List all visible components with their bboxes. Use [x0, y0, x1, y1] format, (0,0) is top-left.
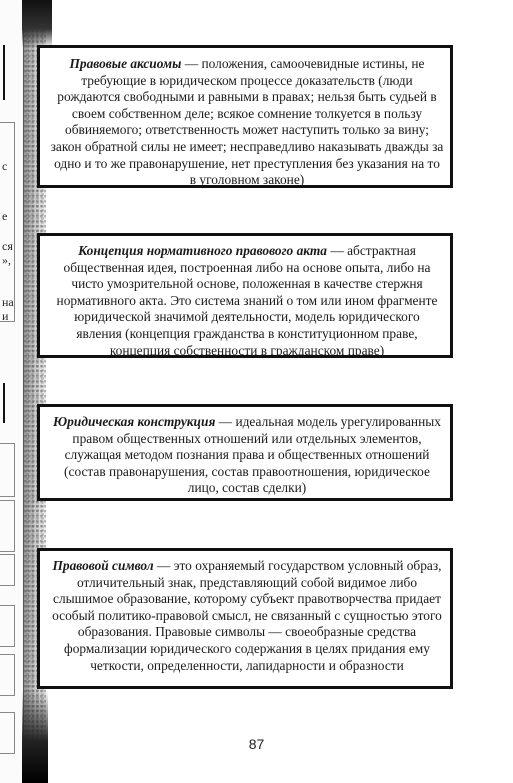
definition-term: Юридическая конструкция	[53, 414, 215, 429]
book-binding-shadow-top	[22, 0, 52, 48]
definition-term: Концепция нормативного правового акта	[78, 243, 327, 258]
definition-box-legal-axioms: Правовые аксиомы — положения, самоочевид…	[37, 45, 453, 188]
previous-page-box	[0, 500, 15, 552]
previous-page-box	[0, 443, 15, 497]
definition-term: Правовые аксиомы	[69, 56, 181, 71]
definition-text: — это охраняемый государством условный о…	[52, 558, 442, 673]
previous-page-fragment: на	[2, 296, 14, 309]
previous-page-box	[0, 554, 15, 586]
previous-page-fragment: и	[2, 310, 8, 323]
definition-box-legal-symbol: Правовой символ — это охраняемый государ…	[37, 548, 453, 689]
definition-box-normative-act-concept: Концепция нормативного правового акта — …	[37, 233, 453, 358]
previous-page-rule	[3, 45, 5, 100]
previous-page-box	[0, 605, 15, 647]
previous-page-fragment: ся	[2, 240, 13, 253]
definition-box-legal-construction: Юридическая конструкция — идеальная моде…	[37, 404, 453, 501]
previous-page-fragment: е	[2, 210, 7, 223]
previous-page-fragment: »,	[2, 254, 11, 267]
definition-term: Правовой символ	[52, 558, 153, 573]
definition-text: — положения, самоочевидные истины, не тр…	[51, 56, 444, 187]
page-number: 87	[0, 736, 513, 752]
definition-text: — абстрактная общественная идея, построе…	[57, 243, 438, 358]
previous-page-box	[0, 654, 15, 696]
previous-page-rule	[3, 383, 5, 423]
previous-page-fragment: с	[2, 160, 7, 173]
